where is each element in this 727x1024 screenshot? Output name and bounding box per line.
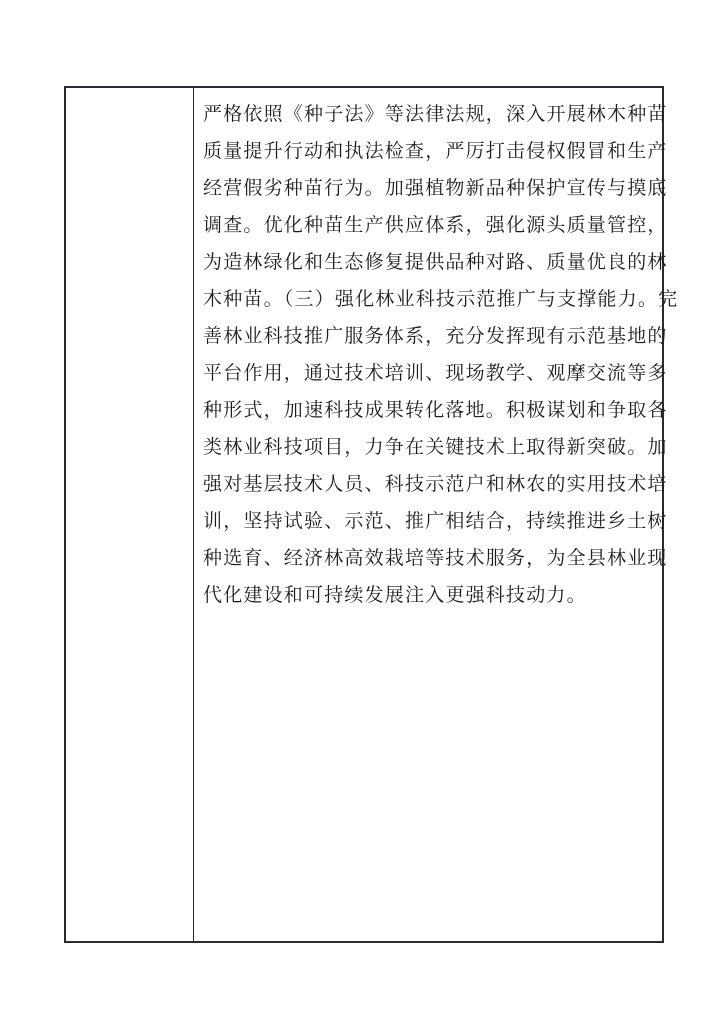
text-line: 善林业科技推广服务体系，充分发挥现有示范基地的 bbox=[203, 318, 655, 355]
text-line: 经营假劣种苗行为。加强植物新品种保护宣传与摸底 bbox=[203, 170, 655, 207]
text-line: 训，坚持试验、示范、推广相结合，持续推进乡土树 bbox=[203, 503, 655, 540]
text-line: 调查。优化种苗生产供应体系，强化源头质量管控， bbox=[203, 207, 655, 244]
text-line: 平台作用，通过技术培训、现场教学、观摩交流等多 bbox=[203, 355, 655, 392]
paragraph-text: 严格依照《种子法》等法律法规，深入开展林木种苗 质量提升行动和执法检查，严厉打击… bbox=[203, 96, 655, 614]
text-line: 种选育、经济林高效栽培等技术服务，为全县林业现 bbox=[203, 540, 655, 577]
text-line: 种形式，加速科技成果转化落地。积极谋划和争取各 bbox=[203, 392, 655, 429]
text-line: 类林业科技项目，力争在关键技术上取得新突破。加 bbox=[203, 429, 655, 466]
text-line: 严格依照《种子法》等法律法规，深入开展林木种苗 bbox=[203, 96, 655, 133]
table-left-cell bbox=[66, 88, 194, 941]
text-line: 强对基层技术人员、科技示范户和林农的实用技术培 bbox=[203, 466, 655, 503]
text-line: 代化建设和可持续发展注入更强科技动力。 bbox=[203, 577, 655, 614]
text-line: 为造林绿化和生态修复提供品种对路、质量优良的林 bbox=[203, 244, 655, 281]
text-line: 木种苗。（三）强化林业科技示范推广与支撑能力。完 bbox=[203, 281, 655, 318]
text-line: 质量提升行动和执法检查，严厉打击侵权假冒和生产 bbox=[203, 133, 655, 170]
document-table: 严格依照《种子法》等法律法规，深入开展林木种苗 质量提升行动和执法检查，严厉打击… bbox=[64, 86, 664, 943]
table-right-cell: 严格依照《种子法》等法律法规，深入开展林木种苗 质量提升行动和执法检查，严厉打击… bbox=[194, 88, 662, 941]
